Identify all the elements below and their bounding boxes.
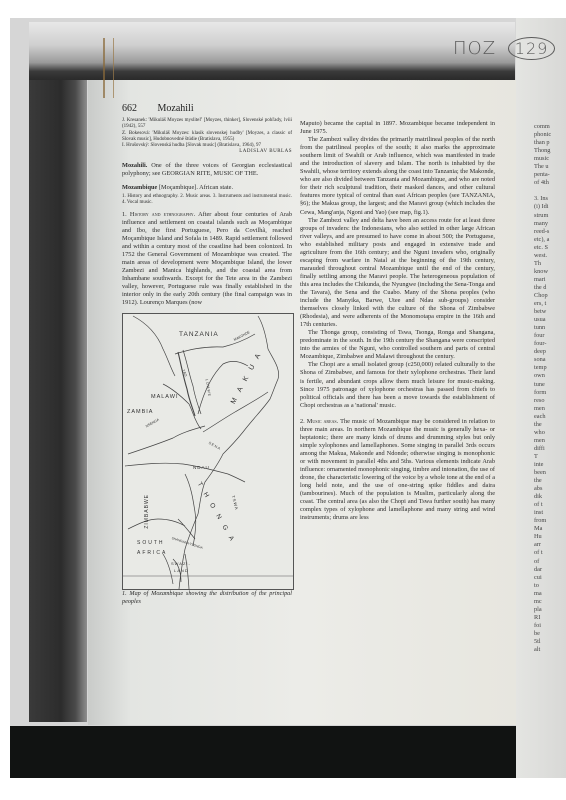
text-fragment: Chop (534, 292, 566, 300)
text-fragment: T (534, 453, 566, 461)
text-fragment: etc. S (534, 244, 566, 252)
text-fragment: ma (534, 590, 566, 598)
section-heading: 2. Music areas. (300, 418, 338, 425)
map-label-zimbabwe: ZIMBABWE (143, 494, 151, 529)
text-fragment: ers, t (534, 300, 566, 308)
bibliography-item: J. Kresanek: 'Mikuláš Moyzes mysliteľ' [… (122, 118, 292, 131)
text-fragment: penta- (534, 171, 566, 179)
text-fragment: Ma (534, 525, 566, 533)
staple-stain (103, 38, 114, 98)
map-label-africa: AFRICA (137, 549, 167, 557)
map-label-tanzania: TANZANIA (179, 331, 219, 339)
text-fragment: pla (534, 606, 566, 614)
map-label-zambia: ZAMBIA (127, 408, 153, 416)
paragraph: Maputo) became the capital in 1897. Moza… (300, 120, 495, 136)
scan-shadow-top (29, 22, 515, 80)
text-fragment: been (534, 469, 566, 477)
text-fragment: alt (534, 646, 566, 654)
text-fragment: many (534, 220, 566, 228)
text-fragment: 5tl (534, 638, 566, 646)
paragraph: The Chopi are a small isolated group (c2… (300, 361, 495, 409)
text-fragment: dik (534, 493, 566, 501)
paragraph: The Zambezi valley divides the primarily… (300, 136, 495, 216)
text-fragment: own (534, 372, 566, 380)
text-fragment: (i) Idi (534, 203, 566, 211)
contents-list: 1. History and ethnography. 2. Music are… (122, 194, 292, 207)
text-fragment: music (534, 155, 566, 163)
bibliography-item: Z. Bokesová: 'Mikuláš Moyzes: klasik slo… (122, 131, 292, 144)
text-fragment: temp (534, 364, 566, 372)
text-fragment: diffi (534, 445, 566, 453)
map-figure: TANZANIA MAKONDE MALAWI ZAMBIA NSENGA LO… (122, 313, 294, 590)
text-fragment (534, 187, 566, 195)
annotation-ref: ПОZ (453, 38, 496, 59)
text-fragment: men (534, 437, 566, 445)
text-fragment: usua (534, 316, 566, 324)
middle-column: Maputo) became the capital in 1897. Moza… (300, 120, 495, 522)
map-drawing (123, 314, 293, 589)
text-fragment: The u (534, 163, 566, 171)
text-fragment: sona (534, 356, 566, 364)
text-fragment: reso (534, 397, 566, 405)
text-fragment: of 4th (534, 179, 566, 187)
left-column: 662 Mozahili J. Kresanek: 'Mikuláš Moyze… (122, 103, 292, 606)
text-fragment: of (534, 558, 566, 566)
running-head: 662 Mozahili (122, 103, 292, 115)
bibliography: J. Kresanek: 'Mikuláš Moyzes mysliteľ' [… (122, 118, 292, 156)
section-text: After about four centuries of Arab influ… (122, 211, 292, 307)
text-fragment: comm (534, 123, 566, 131)
text-fragment: from (534, 517, 566, 525)
text-fragment: Th (534, 260, 566, 268)
text-fragment: foi (534, 622, 566, 630)
map-label-malawi: MALAWI (151, 393, 179, 401)
scan-shadow-left (29, 22, 87, 722)
text-fragment: tunn (534, 324, 566, 332)
text-fragment: RI (534, 614, 566, 622)
map-label-south: SOUTH (137, 539, 165, 547)
text-fragment: than p (534, 139, 566, 147)
text-fragment: four- (534, 340, 566, 348)
handwritten-annotation: ПОZ 129 (453, 37, 555, 60)
text-fragment: phonic (534, 131, 566, 139)
annotation-number: 129 (508, 37, 556, 60)
text-fragment: the (534, 421, 566, 429)
figure-caption: 1. Map of Mozambique showing the distrib… (122, 590, 292, 606)
text-fragment: arr (534, 541, 566, 549)
text-fragment: reed-s (534, 228, 566, 236)
cross-reference: GEORGIAN RITE, MUSIC OF THE. (162, 170, 258, 177)
map-label-ndau: NDAU (193, 464, 210, 472)
section-heading: 1. History and ethnography. (122, 211, 195, 218)
text-fragment: the (534, 477, 566, 485)
text-fragment: inst (534, 509, 566, 517)
text-fragment: men (534, 405, 566, 413)
scan-bottom-bar (10, 726, 516, 778)
text-fragment: Hu (534, 533, 566, 541)
mozambique-entry: Mozambique [Moçambique]. African state. (122, 184, 292, 192)
text-fragment: form (534, 389, 566, 397)
text-fragment: betw (534, 308, 566, 316)
text-fragment: of t (534, 501, 566, 509)
text-fragment: who (534, 429, 566, 437)
map-label-land: LAND (174, 567, 189, 575)
text-fragment: each (534, 413, 566, 421)
text-fragment: to (534, 582, 566, 590)
text-fragment: mari (534, 276, 566, 284)
page-number: 662 (122, 103, 137, 114)
text-fragment: 3. Ins (534, 195, 566, 203)
text-fragment: cui (534, 574, 566, 582)
text-fragment: tune (534, 381, 566, 389)
text-fragment: Thong (534, 147, 566, 155)
mozahili-entry: Mozahili. One of the three voices of Geo… (122, 162, 292, 178)
text-fragment: west. (534, 252, 566, 260)
right-column-cropped: commphonicthan pThongmusicThe upenta-of … (534, 123, 566, 654)
text-fragment: mc (534, 598, 566, 606)
text-fragment: the d (534, 284, 566, 292)
running-title: Mozahili (158, 103, 194, 114)
text-fragment: know (534, 268, 566, 276)
section-text: The music of Mozambique may be considere… (300, 418, 495, 522)
text-fragment: abs (534, 485, 566, 493)
text-fragment: be (534, 630, 566, 638)
text-fragment: etc), a (534, 236, 566, 244)
text-fragment: of t (534, 549, 566, 557)
text-fragment: four (534, 332, 566, 340)
text-fragment: dar (534, 566, 566, 574)
paragraph: The Thonga group, consisting of Tswa, Ts… (300, 329, 495, 361)
headword: Mozahili. (122, 162, 147, 169)
section-music-areas: 2. Music areas. The music of Mozambique … (300, 418, 495, 523)
headword: Mozambique (122, 184, 157, 191)
entry-text: [Moçambique]. African state. (157, 184, 233, 191)
text-fragment: deep (534, 348, 566, 356)
section-history: 1. History and ethnography. After about … (122, 211, 292, 308)
paragraph: The Zambezi valley and delta have been a… (300, 217, 495, 330)
text-fragment: inte (534, 461, 566, 469)
text-fragment: strum (534, 212, 566, 220)
